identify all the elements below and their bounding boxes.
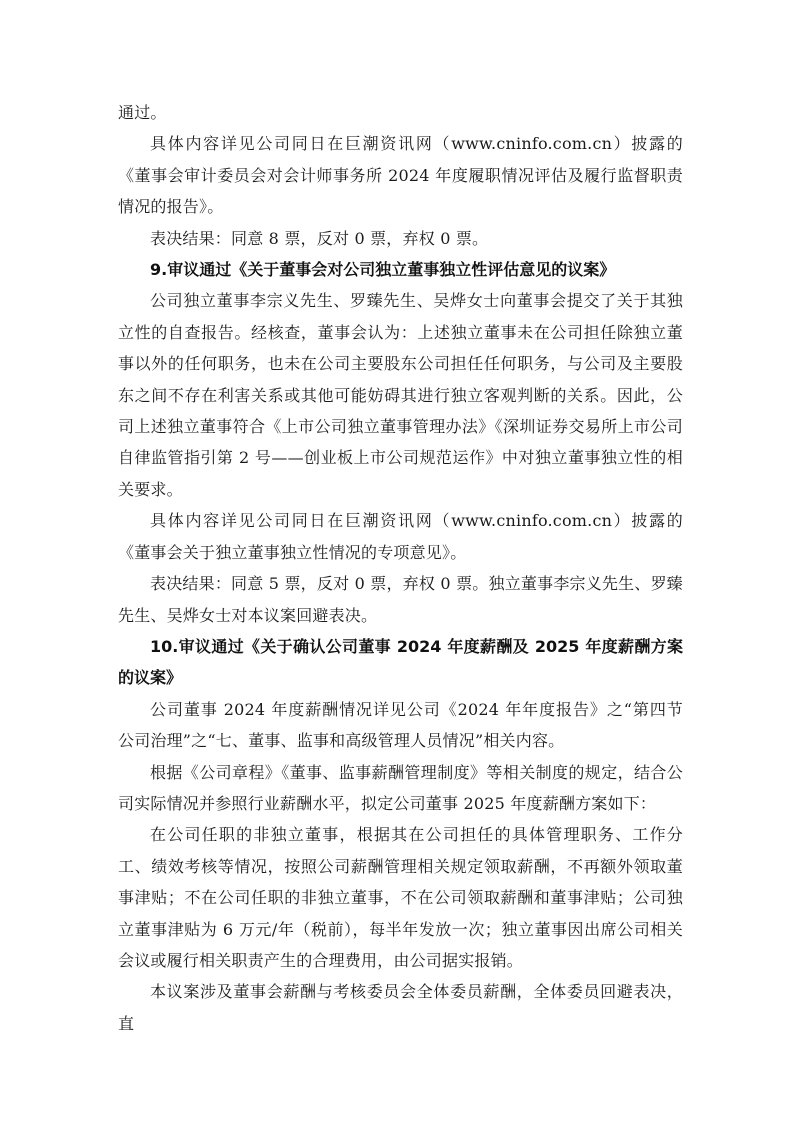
paragraph-independence-review: 公司独立董事李宗义先生、罗臻先生、吴烨女士向董事会提交了关于其独立性的自查报告。… (118, 285, 683, 505)
paragraph-vote-result-5: 表决结果：同意 5 票，反对 0 票，弃权 0 票。独立董事李宗义先生、罗臻先生… (118, 568, 683, 631)
paragraph-independence-disclosure: 具体内容详见公司同日在巨潮资讯网（www.cninfo.com.cn）披露的《董… (118, 505, 683, 568)
paragraph-vote-result-8: 表决结果：同意 8 票，反对 0 票，弃权 0 票。 (118, 223, 683, 254)
paragraph-passed: 通过。 (118, 97, 683, 128)
heading-item-10: 10.审议通过《关于确认公司董事 2024 年度薪酬及 2025 年度薪酬方案的… (118, 631, 683, 694)
paragraph-2024-compensation: 公司董事 2024 年度薪酬情况详见公司《2024 年年度报告》之“第四节 公司… (118, 694, 683, 757)
paragraph-audit-report-disclosure: 具体内容详见公司同日在巨潮资讯网（www.cninfo.com.cn）披露的《董… (118, 128, 683, 222)
paragraph-2025-plan-basis: 根据《公司章程》《董事、监事薪酬管理制度》等相关制度的规定，结合公司实际情况并参… (118, 757, 683, 820)
paragraph-committee-recusal: 本议案涉及董事会薪酬与考核委员会全体委员薪酬，全体委员回避表决，直 (118, 976, 683, 1039)
paragraph-2025-plan-details: 在公司任职的非独立董事，根据其在公司担任的具体管理职务、工作分工、绩效考核等情况… (118, 819, 683, 976)
heading-item-9: 9.审议通过《关于董事会对公司独立董事独立性评估意见的议案》 (118, 254, 683, 285)
document-page: 通过。 具体内容详见公司同日在巨潮资讯网（www.cninfo.com.cn）披… (118, 97, 683, 1039)
